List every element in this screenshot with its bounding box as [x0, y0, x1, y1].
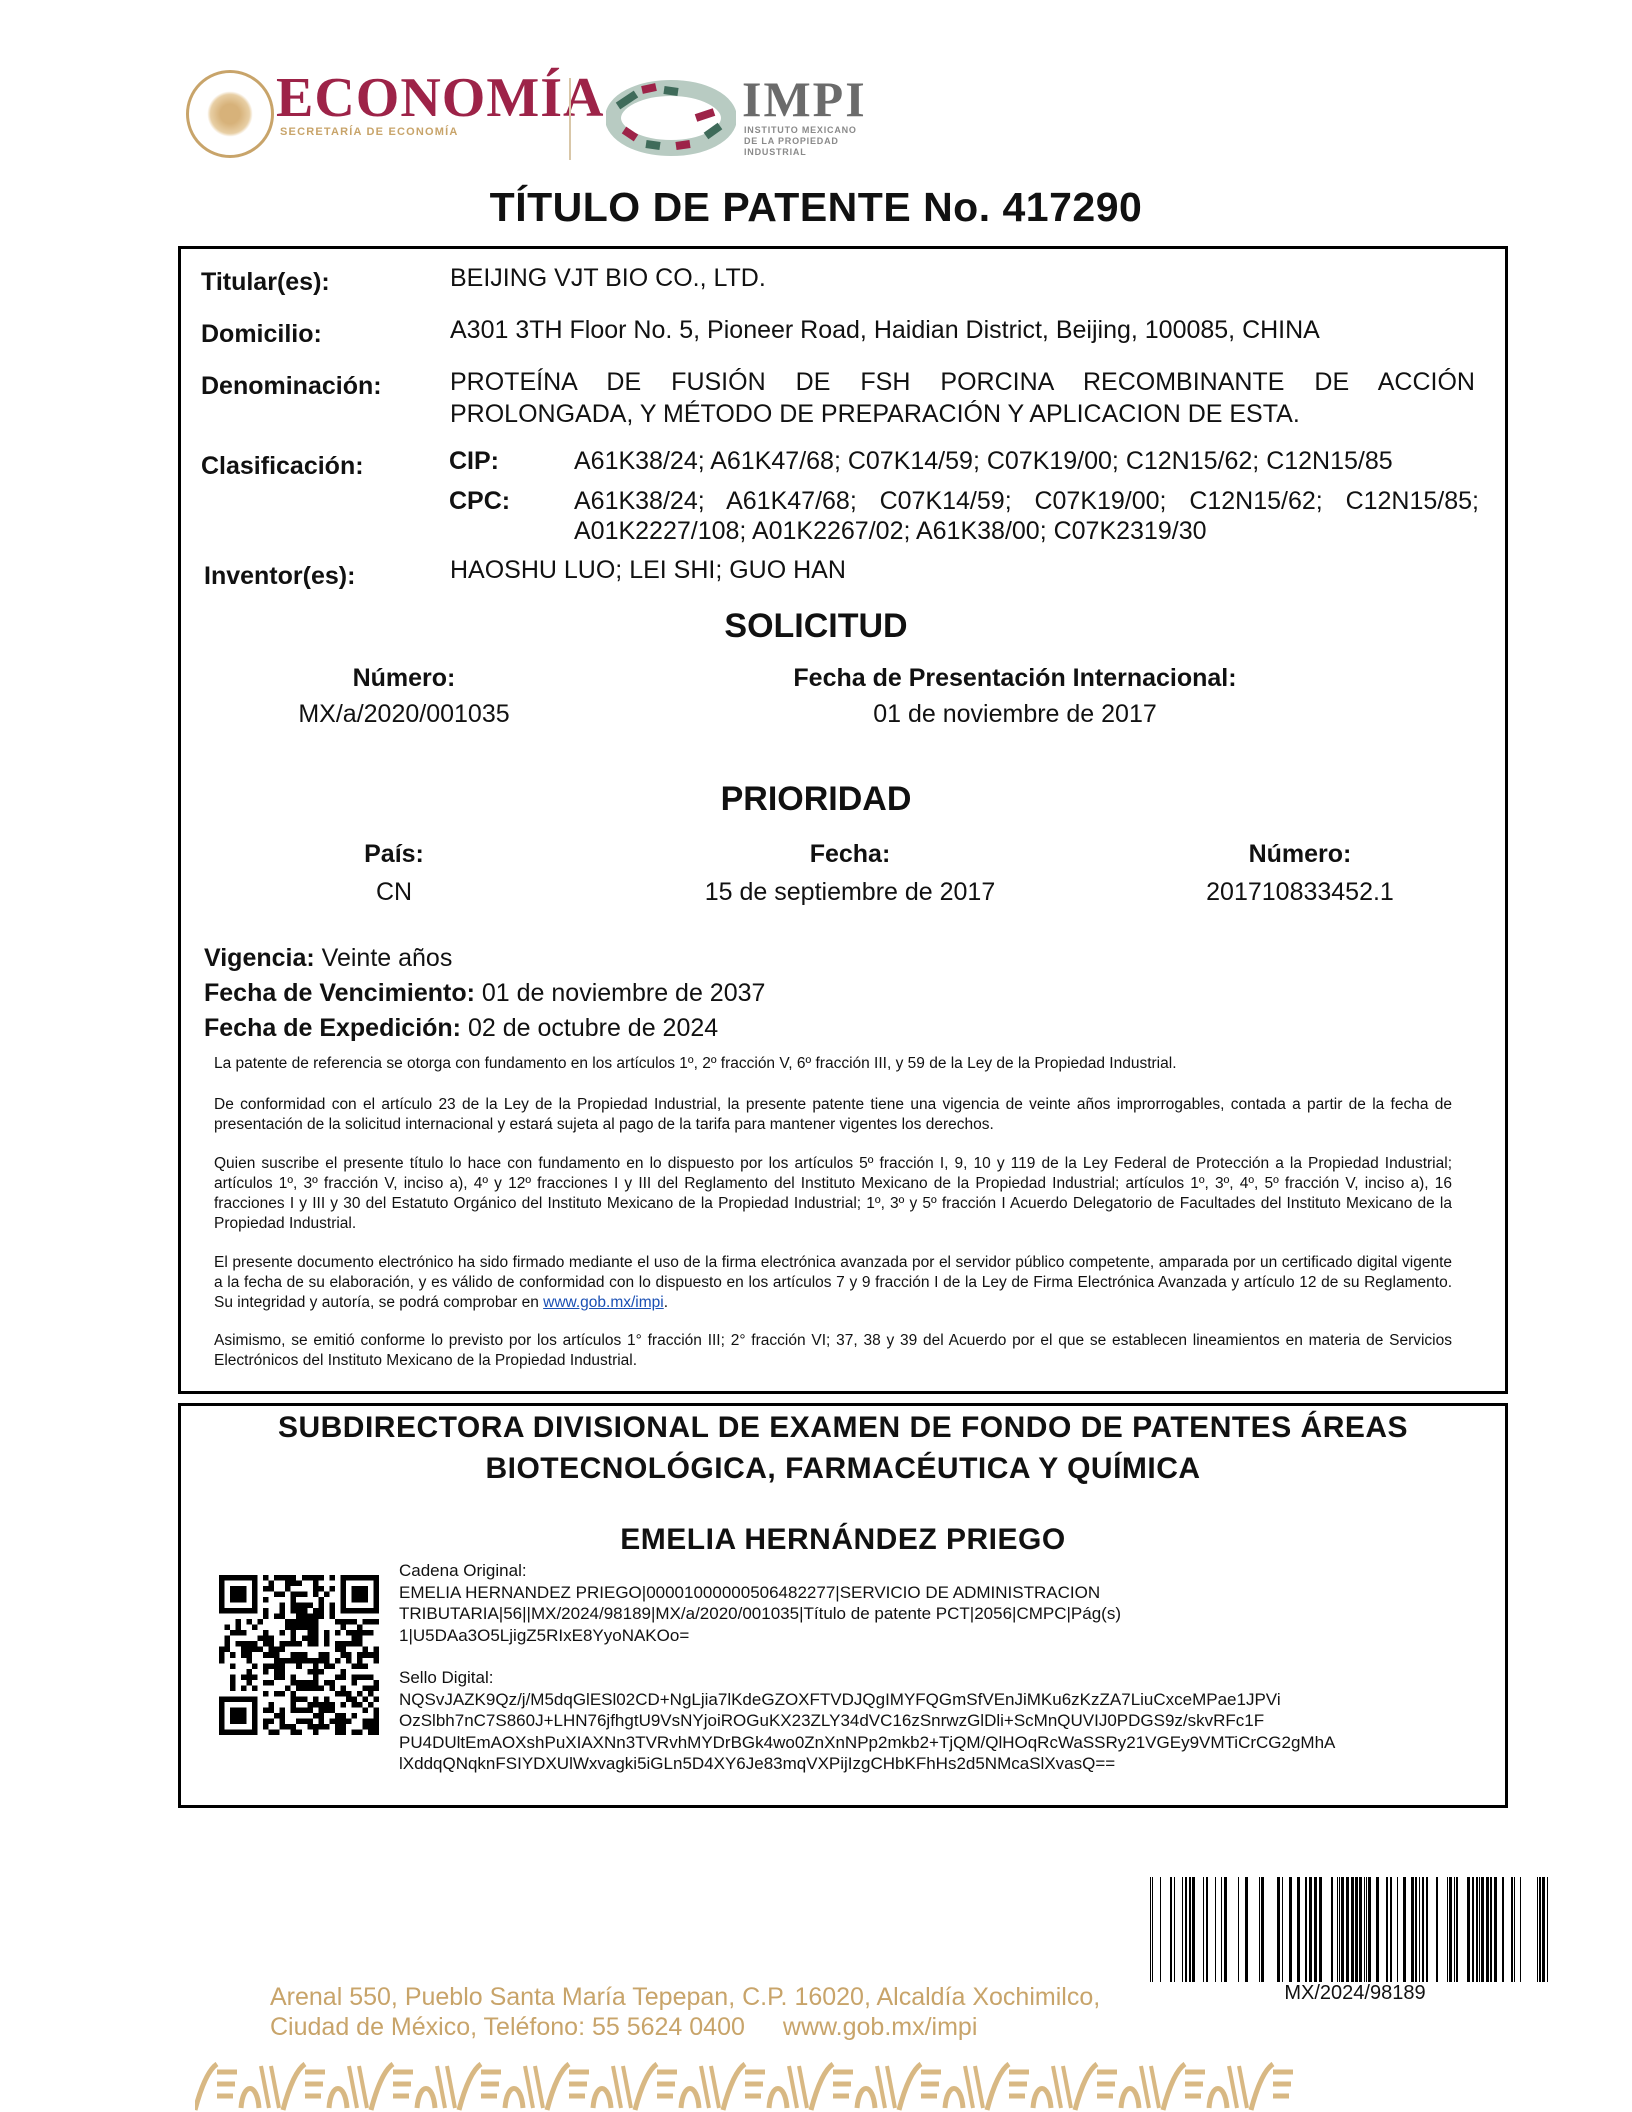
mexican-seal-icon — [186, 70, 274, 158]
legal-paragraph: La patente de referencia se otorga con f… — [214, 1054, 1452, 1074]
prioridad-heading: PRIORIDAD — [0, 780, 1632, 819]
denominacion-line: PROLONGADA, Y MÉTODO DE PREPARACIÓN Y AP… — [450, 400, 1300, 429]
cpc-line: A61K38/24; A61K47/68; C07K14/59; C07K19/… — [574, 487, 1479, 516]
expedicion-row: Fecha de Expedición: 02 de octubre de 20… — [204, 1014, 718, 1043]
expedicion-value: 02 de octubre de 2024 — [468, 1014, 718, 1042]
prioridad-fecha-label: Fecha: — [650, 840, 1050, 869]
prioridad-pais-value: CN — [294, 878, 494, 907]
clasificacion-label: Clasificación: — [201, 452, 364, 481]
presentacion-label: Fecha de Presentación Internacional: — [700, 664, 1330, 693]
qr-code-icon — [214, 1575, 384, 1735]
vigencia-value: Veinte años — [322, 944, 453, 972]
sello-line: OzSlbh7nC7S860J+LHN76jfhgtU9VsNYjoiROGuK… — [399, 1710, 1335, 1732]
domicilio-value: A301 3TH Floor No. 5, Pioneer Road, Haid… — [450, 316, 1320, 345]
prioridad-fecha-value: 15 de septiembre de 2017 — [650, 878, 1050, 907]
footer-address-text: Ciudad de México, Teléfono: 55 5624 0400 — [270, 2013, 745, 2041]
footer-url: www.gob.mx/impi — [783, 2013, 978, 2041]
footer-line: Ciudad de México, Teléfono: 55 5624 0400… — [270, 2012, 1100, 2042]
signer-title-line: SUBDIRECTORA DIVISIONAL DE EXAMEN DE FON… — [178, 1411, 1508, 1445]
expedicion-label: Fecha de Expedición: — [204, 1014, 461, 1042]
footer-address: Arenal 550, Pueblo Santa María Tepepan, … — [270, 1982, 1100, 2042]
vigencia-label: Vigencia: — [204, 944, 315, 972]
barcode-icon — [1150, 1877, 1560, 1982]
cpc-line: A01K2227/108; A01K2267/02; A61K38/00; C0… — [574, 517, 1207, 546]
titular-label: Titular(es): — [201, 268, 330, 297]
cip-label: CIP: — [449, 447, 499, 476]
inventores-label: Inventor(es): — [204, 562, 355, 591]
decorative-pattern-icon — [195, 2062, 1295, 2112]
cadena-label: Cadena Original: — [399, 1560, 1121, 1582]
cadena-original: Cadena Original: EMELIA HERNANDEZ PRIEGO… — [399, 1560, 1121, 1646]
titular-value: BEIJING VJT BIO CO., LTD. — [450, 264, 766, 293]
vencimiento-label: Fecha de Vencimiento: — [204, 979, 475, 1007]
impi-subtitle-line: INDUSTRIAL — [744, 147, 857, 158]
vencimiento-value: 01 de noviembre de 2037 — [482, 979, 766, 1007]
document-title: TÍTULO DE PATENTE No. 417290 — [0, 184, 1632, 231]
legal-paragraph: Quien suscribe el presente título lo hac… — [214, 1154, 1452, 1234]
impi-verify-link[interactable]: www.gob.mx/impi — [543, 1294, 664, 1311]
denominacion-label: Denominación: — [201, 372, 382, 401]
footer-line: Arenal 550, Pueblo Santa María Tepepan, … — [270, 1982, 1100, 2012]
economia-logo-subtitle: SECRETARÍA DE ECONOMÍA — [280, 126, 459, 138]
logo-divider — [569, 78, 571, 160]
sello-line: PU4DUltEmAOXshPuXIAXNn3TVRvhMYDrBGk4wo0Z… — [399, 1732, 1335, 1754]
solicitud-heading: SOLICITUD — [0, 607, 1632, 646]
legal-paragraph: De conformidad con el artículo 23 de la … — [214, 1095, 1452, 1135]
vencimiento-row: Fecha de Vencimiento: 01 de noviembre de… — [204, 979, 765, 1008]
prioridad-pais-label: País: — [294, 840, 494, 869]
cadena-line: EMELIA HERNANDEZ PRIEGO|0000100000050648… — [399, 1582, 1121, 1604]
prioridad-numero-value: 201710833452.1 — [1150, 878, 1450, 907]
cpc-label: CPC: — [449, 487, 510, 516]
solicitud-numero-label: Número: — [244, 664, 564, 693]
cip-value: A61K38/24; A61K47/68; C07K14/59; C07K19/… — [574, 447, 1393, 476]
cadena-line: TRIBUTARIA|56||MX/2024/98189|MX/a/2020/0… — [399, 1603, 1121, 1625]
sello-line: NQSvJAZK9Qz/j/M5dqGlESl02CD+NgLjia7lKdeG… — [399, 1689, 1335, 1711]
impi-ribbon-logo-icon — [606, 78, 736, 158]
sello-line: lXddqQNqknFSIYDXUlWxvagki5iGLn5D4XY6Je83… — [399, 1753, 1335, 1775]
domicilio-label: Domicilio: — [201, 320, 322, 349]
legal-text: . — [664, 1294, 668, 1311]
inventores-value: HAOSHU LUO; LEI SHI; GUO HAN — [450, 556, 846, 585]
cadena-line: 1|U5DAa3O5LjigZ5RIxE8YyoNAKOo= — [399, 1625, 1121, 1647]
sello-digital: Sello Digital: NQSvJAZK9Qz/j/M5dqGlESl02… — [399, 1667, 1335, 1775]
signer-name: EMELIA HERNÁNDEZ PRIEGO — [178, 1523, 1508, 1557]
prioridad-numero-label: Número: — [1150, 840, 1450, 869]
solicitud-numero-value: MX/a/2020/001035 — [244, 700, 564, 729]
impi-subtitle-line: INSTITUTO MEXICANO — [744, 125, 857, 136]
vigencia-row: Vigencia: Veinte años — [204, 944, 452, 973]
barcode-text: MX/2024/98189 — [1150, 1982, 1560, 2005]
signer-title-line: BIOTECNOLÓGICA, FARMACÉUTICA Y QUÍMICA — [178, 1452, 1508, 1486]
impi-logo-title: IMPI — [742, 70, 867, 128]
sello-label: Sello Digital: — [399, 1667, 1335, 1689]
economia-logo-title: ECONOMÍA — [276, 66, 604, 130]
impi-subtitle-line: DE LA PROPIEDAD — [744, 136, 857, 147]
legal-paragraph-signature: El presente documento electrónico ha sid… — [214, 1253, 1452, 1313]
legal-paragraph: Asimismo, se emitió conforme lo previsto… — [214, 1331, 1452, 1371]
presentacion-value: 01 de noviembre de 2017 — [700, 700, 1330, 729]
denominacion-line: PROTEÍNA DE FUSIÓN DE FSH PORCINA RECOMB… — [450, 368, 1475, 397]
impi-logo-subtitle: INSTITUTO MEXICANO DE LA PROPIEDAD INDUS… — [744, 125, 857, 158]
legal-text: El presente documento electrónico ha sid… — [214, 1254, 1452, 1311]
